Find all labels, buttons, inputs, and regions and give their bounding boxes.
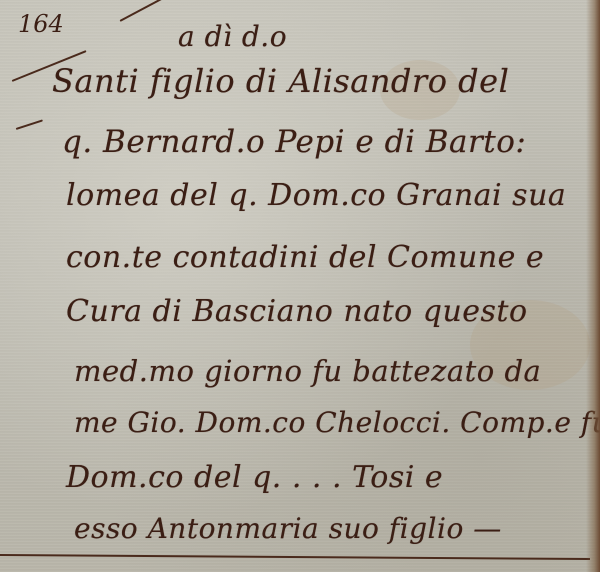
text-line-2: Santi figlio di Alisandro del (52, 62, 509, 100)
margin-entry-number: 164 (18, 10, 64, 38)
bottom-rule-line (0, 554, 590, 560)
text-line-5: con.te contadini del Comune e (66, 240, 544, 275)
manuscript-page: 164 a dì d.o Santi figlio di Alisandro d… (0, 0, 600, 572)
text-line-8: me Gio. Dom.co Chelocci. Comp.e fu (74, 406, 600, 439)
text-line-4: lomea del q. Dom.co Granai sua (66, 178, 566, 213)
text-line-3: q. Bernard.o Pepi e di Barto: (62, 124, 526, 160)
page-edge-shadow (586, 0, 600, 572)
text-line-6: Cura di Basciano nato questo (66, 294, 528, 329)
text-line-10: esso Antonmaria suo figlio — (74, 512, 502, 545)
margin-pen-stroke (120, 0, 163, 22)
text-line-9: Dom.co del q. . . . Tosi e (66, 460, 443, 495)
text-line-1: a dì d.o (178, 20, 287, 53)
text-line-7: med.mo giorno fu battezato da (74, 354, 541, 388)
margin-pen-stroke (16, 119, 43, 130)
